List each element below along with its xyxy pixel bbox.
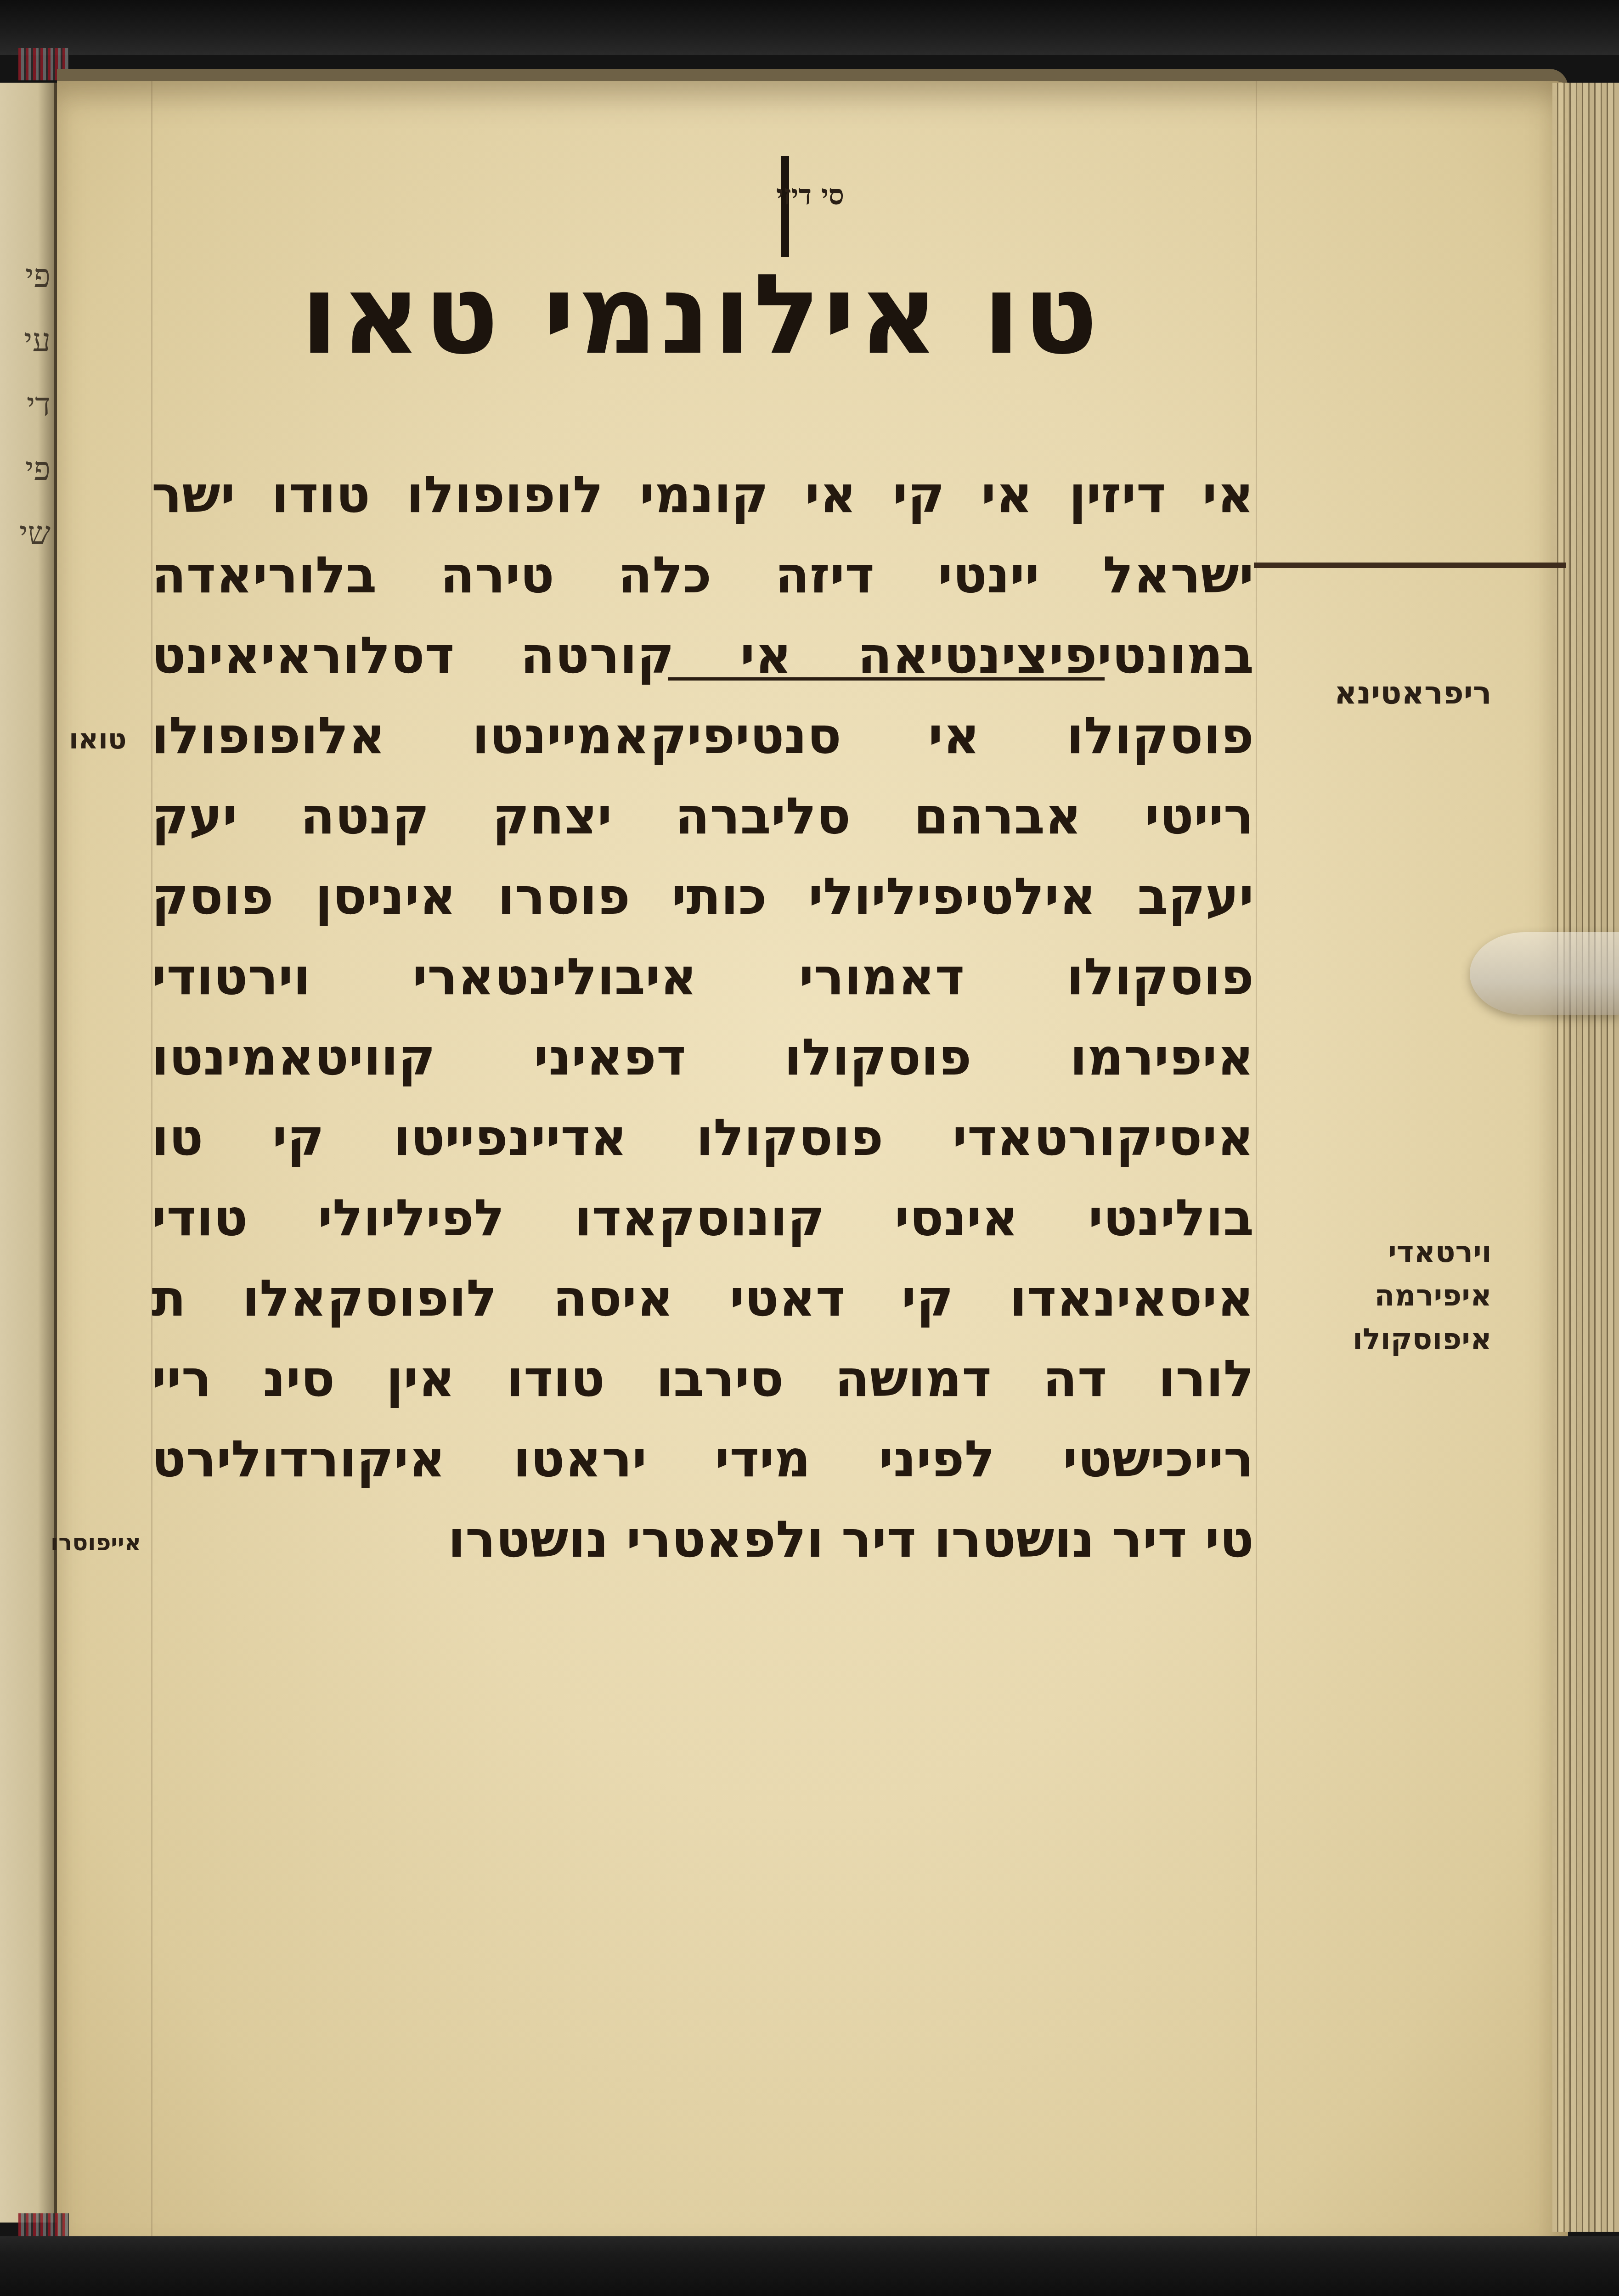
text-line: איסיקורטאדי פוסקולו אדיינפייטו קי טו xyxy=(152,1097,1254,1178)
line-filler-stroke xyxy=(1254,563,1566,568)
binding-cloth-top xyxy=(0,0,1619,55)
text-line: במונטיפיצינטיאה אי קורטה דסלוראיאינט xyxy=(152,615,1254,696)
text-line: רייטי אברהם סליברה יצחק קנטה יעק xyxy=(152,776,1254,856)
main-text-block: אי דיזין אי קי אי קונמי לופופולו טודו יש… xyxy=(152,455,1254,1580)
facing-text-fragment: עי xyxy=(24,321,51,360)
margin-note-right: ריפראטינא xyxy=(1334,675,1492,711)
text-line: בולינטי אינסי קונוסקאדו לפיליולי טודי xyxy=(152,1178,1254,1258)
page-tab-marker xyxy=(1470,932,1619,1015)
page-edge-stack xyxy=(1552,83,1619,2232)
margin-note-line: וירטאדי xyxy=(1353,1231,1492,1274)
text-line: לורו דה דמושה סירבו טודו אין סינ ריי xyxy=(152,1339,1254,1419)
margin-note-right-block: וירטאדי איפירמה איפוסקולו xyxy=(1353,1231,1492,1362)
text-line: טי דיר נושטרו דיר ולפאטרי נושטרו xyxy=(152,1499,1254,1580)
strikethrough-deletion xyxy=(668,677,1105,681)
text-line: פוסקולו אי סנטיפיקאמיינטו אלופופולו xyxy=(152,696,1254,776)
margin-note-left: אייפוסרו xyxy=(51,1529,141,1556)
facing-text-fragment: פי xyxy=(25,450,51,488)
text-line: איפירמו פוסקולו דפאיני קוויטאמינטו xyxy=(152,1017,1254,1097)
text-line: פוסקולו דאמורי איבולינטארי וירטודי xyxy=(152,937,1254,1017)
facing-page-left: פי עי די פי שי xyxy=(0,83,57,2223)
binding-cloth-bottom xyxy=(0,2236,1619,2296)
text-line: איסאינאדו קי דאטי איסה לופוסקאלו ת xyxy=(152,1258,1254,1339)
margin-note-line: איפירמה xyxy=(1353,1274,1492,1318)
page-heading: טו אילונמי טאו xyxy=(152,248,1249,381)
margin-note-line: איפוסקולו xyxy=(1353,1318,1492,1362)
text-line: ישראל יינטי דיזה כלה טירה בלוריאדה xyxy=(152,535,1254,615)
text-line: אי דיזין אי קי אי קונמי לופופולו טודו יש… xyxy=(152,455,1254,535)
text-line: יעקב אילטיפיליולי כותי פוסרו איניסן פוסק xyxy=(152,856,1254,937)
catchword: סי דיזי xyxy=(776,179,844,211)
margin-note-left: טואו xyxy=(69,723,127,755)
facing-text-fragment: די xyxy=(27,386,51,424)
text-line: רייכישטי לפיני מידי יראטו איקורדולירט xyxy=(152,1419,1254,1499)
ruling-line xyxy=(1256,81,1257,2253)
facing-text-fragment: פי xyxy=(25,257,51,295)
facing-text-fragment: שי xyxy=(19,514,51,552)
